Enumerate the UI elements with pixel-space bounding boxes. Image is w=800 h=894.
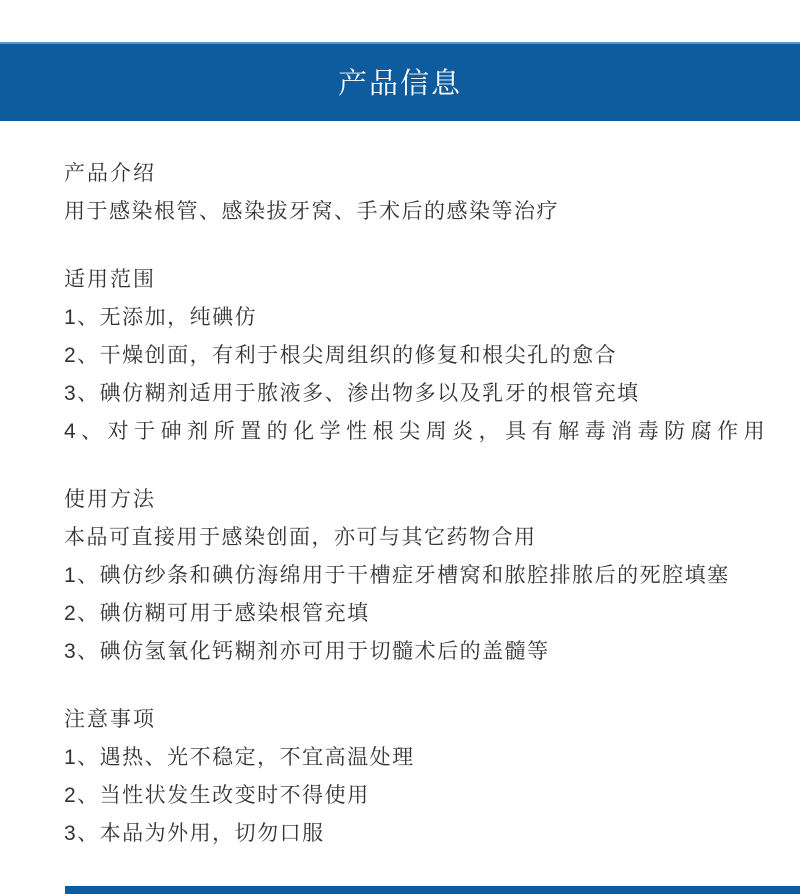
section-heading: 适用范围 xyxy=(64,266,744,294)
banner-title: 产品信息 xyxy=(338,61,462,102)
text-line: 1、遇热、光不稳定，不宜高温处理 xyxy=(64,744,744,772)
product-info-banner: 产品信息 xyxy=(0,42,800,121)
next-section-banner-partial xyxy=(65,886,800,894)
section-heading: 产品介绍 xyxy=(64,160,744,188)
section-usage: 使用方法 本品可直接用于感染创面，亦可与其它药物合用 1、碘仿纱条和碘仿海绵用于… xyxy=(64,486,744,666)
product-info-page: { "banner": { "title": "产品信息" }, "sectio… xyxy=(0,0,800,894)
text-line: 3、本品为外用，切勿口服 xyxy=(64,820,744,848)
text-line: 1、无添加，纯碘仿 xyxy=(64,304,744,332)
section-product-intro: 产品介绍 用于感染根管、感染拔牙窝、手术后的感染等治疗 xyxy=(64,160,744,226)
text-line: 2、干燥创面，有利于根尖周组织的修复和根尖孔的愈合 xyxy=(64,342,744,370)
text-line: 4、对于砷剂所置的化学性根尖周炎，具有解毒消毒防腐作用 xyxy=(64,418,744,446)
section-heading: 使用方法 xyxy=(64,486,744,514)
section-heading: 注意事项 xyxy=(64,706,744,734)
text-line: 2、当性状发生改变时不得使用 xyxy=(64,782,744,810)
text-line: 用于感染根管、感染拔牙窝、手术后的感染等治疗 xyxy=(64,198,744,226)
section-notes: 注意事项 1、遇热、光不稳定，不宜高温处理 2、当性状发生改变时不得使用 3、本… xyxy=(64,706,744,848)
text-line: 3、碘仿氢氧化钙糊剂亦可用于切髓术后的盖髓等 xyxy=(64,638,744,666)
section-scope: 适用范围 1、无添加，纯碘仿 2、干燥创面，有利于根尖周组织的修复和根尖孔的愈合… xyxy=(64,266,744,446)
text-line: 3、碘仿糊剂适用于脓液多、渗出物多以及乳牙的根管充填 xyxy=(64,380,744,408)
text-line: 本品可直接用于感染创面，亦可与其它药物合用 xyxy=(64,524,744,552)
text-line: 1、碘仿纱条和碘仿海绵用于干槽症牙槽窝和脓腔排脓后的死腔填塞 xyxy=(64,562,744,590)
text-line: 2、碘仿糊可用于感染根管充填 xyxy=(64,600,744,628)
content-area: 产品介绍 用于感染根管、感染拔牙窝、手术后的感染等治疗 适用范围 1、无添加，纯… xyxy=(0,121,800,848)
